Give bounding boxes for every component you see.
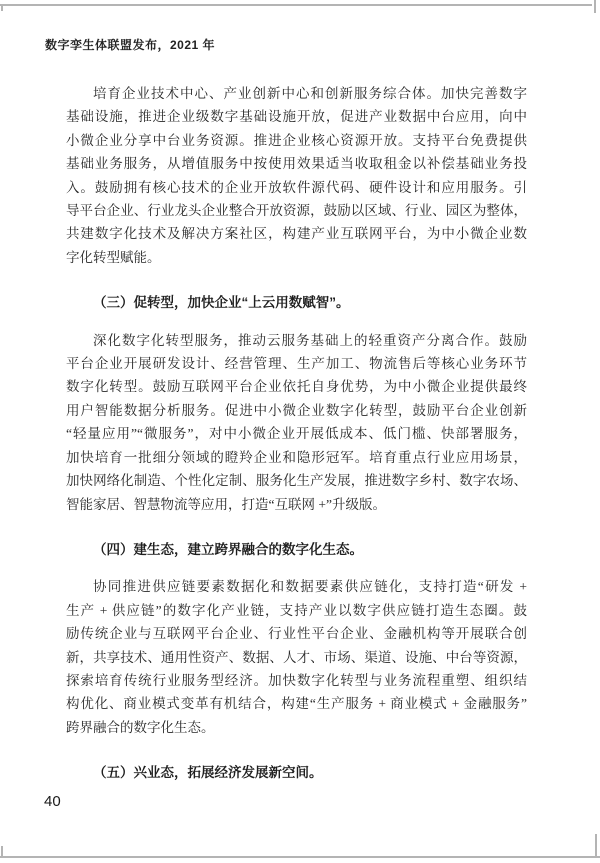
body-line: 基础设施，推进企业级数字基础设施开放，促进产业数据中台应用，向中 [66,105,527,128]
page-edge-top [0,4,592,6]
body-line: 深化数字化转型服务，推动云服务基础上的轻重资产分离合作。鼓励 [66,329,527,352]
paragraph: 协同推进供应链要素数据化和数据要素供应链化，支持打造“研发 +生产 + 供应链”… [66,575,527,739]
body-line: 跨界融合的数字化生态。 [66,716,527,739]
body-line: 字化转型赋能。 [66,246,527,269]
body-line: 加快网络化制造、个性化定制、服务化生产发展，推进数字乡村、数字农场、 [66,469,527,492]
document-body: 培育企业技术中心、产业创新中心和创新服务综合体。加快完善数字基础设施，推进企业级… [66,82,527,799]
body-line: 加快培育一批细分领域的瞪羚企业和隐形冠军。培育重点行业应用场景， [66,446,527,469]
scanned-document-page: 数字孪生体联盟发布，2021 年 培育企业技术中心、产业创新中心和创新服务综合体… [0,0,600,863]
body-line: 导平台企业、行业龙头企业整合开放资源，鼓励以区域、行业、园区为整体， [66,199,527,222]
body-line: 励传统企业与互联网平台企业、行业性平台企业、金融机构等开展联合创 [66,622,527,645]
section-heading: （五）兴业态，拓展经济发展新空间。 [66,761,527,784]
body-line: 入。鼓励拥有核心技术的企业开放软件源代码、硬件设计和应用服务。引 [66,176,527,199]
section-heading: （四）建生态，建立跨界融合的数字化生态。 [66,538,527,561]
paragraph: 培育企业技术中心、产业创新中心和创新服务综合体。加快完善数字基础设施，推进企业级… [66,82,527,269]
body-line: 智能家居、智慧物流等应用，打造“互联网 +”升级版。 [66,493,527,516]
body-line: 数字化转型。鼓励互联网平台企业依托自身优势，为中小微企业提供最终 [66,375,527,398]
body-line: 生产 + 供应链”的数字化产业链，支持产业以数字供应链打造生态圈。鼓 [66,599,527,622]
section-heading: （三）促转型，加快企业“上云用数赋智”。 [66,291,527,314]
page-number: 40 [44,793,61,810]
body-line: 培育企业技术中心、产业创新中心和创新服务综合体。加快完善数字 [66,82,527,105]
page-edge-corner-bottom-right [595,834,597,858]
body-line: 探索培育传统行业服务型经济。加快数字化转型与业务流程重塑、组织结 [66,669,527,692]
body-line: 平台企业开展研发设计、经营管理、生产加工、物流售后等核心业务环节 [66,352,527,375]
body-line: 用户智能数据分析服务。促进中小微企业数字化转型，鼓励平台企业创新 [66,399,527,422]
document-header: 数字孪生体联盟发布，2021 年 [45,36,215,53]
body-line: 新，共享技术、通用性资产、数据、人才、市场、渠道、设施、中台等资源， [66,646,527,669]
paragraph: 深化数字化转型服务，推动云服务基础上的轻重资产分离合作。鼓励平台企业开展研发设计… [66,329,527,516]
body-line: 小微企业分享中台业务资源。推进企业核心资源开放。支持平台免费提供 [66,129,527,152]
page-edge-corner-top-right [594,0,596,13]
body-line: 基础业务服务，从增值服务中按使用效果适当收取租金以补偿基础业务投 [66,152,527,175]
page-edge-corner-bottom-left [1,846,3,858]
page-edge-bottom [0,856,600,858]
body-line: 共建数字化技术及解决方案社区，构建产业互联网平台，为中小微企业数 [66,222,527,245]
page-edge-corner-top-left [1,4,3,11]
body-line: 构优化、商业模式变革有机结合，构建“生产服务 + 商业模式 + 金融服务” [66,692,527,715]
body-line: “轻量应用”“微服务”，对中小微企业开展低成本、低门槛、快部署服务， [66,422,527,445]
body-line: 协同推进供应链要素数据化和数据要素供应链化，支持打造“研发 + [66,575,527,598]
